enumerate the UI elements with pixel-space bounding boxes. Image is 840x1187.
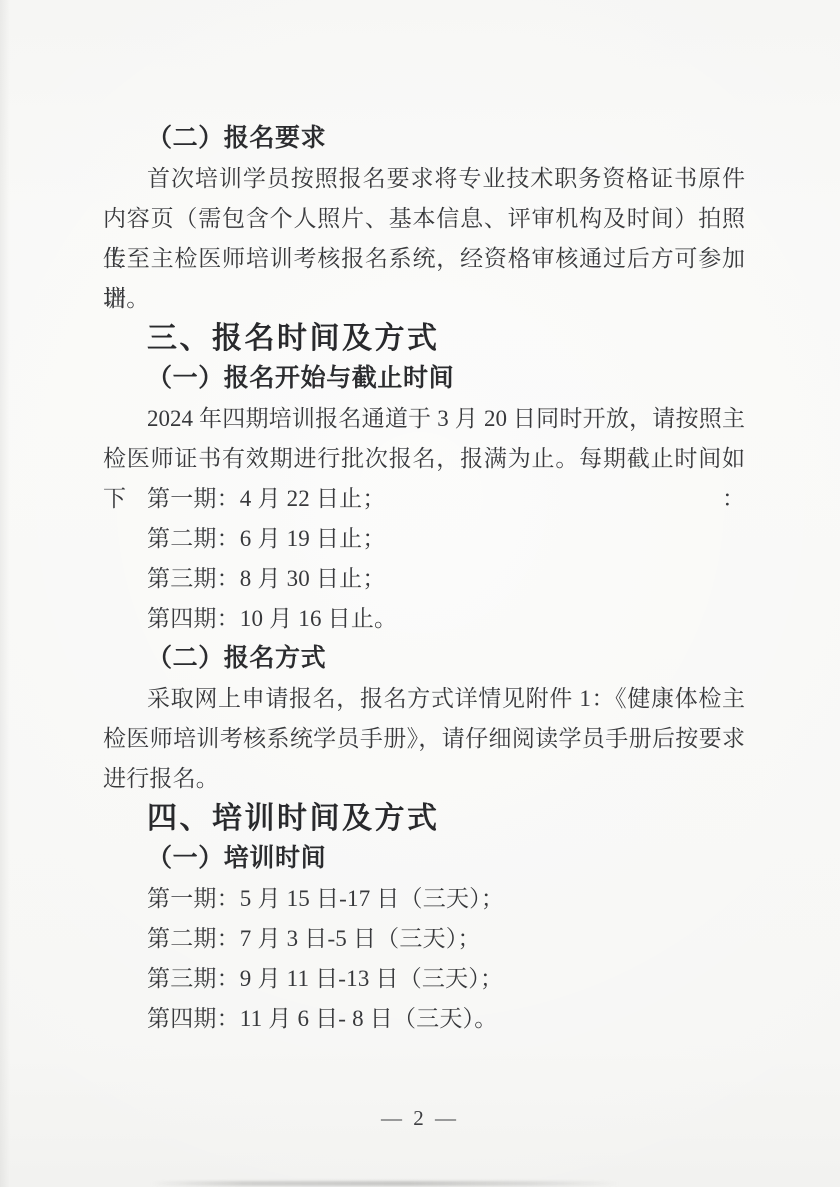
paragraph-line: 进行报名。: [103, 759, 745, 799]
schedule-item: 第四期：11 月 6 日- 8 日（三天）。: [103, 999, 745, 1039]
schedule-item: 第三期：9 月 11 日-13 日（三天）；: [103, 959, 745, 999]
paragraph-line: 传至主检医师培训考核报名系统，经资格审核通过后方可参加培: [103, 239, 745, 279]
deadline-item: 第四期：10 月 16 日止。: [103, 599, 745, 639]
scan-edge-artifact: [150, 1181, 620, 1186]
subsection-heading-registration-method: （二）报名方式: [103, 639, 745, 679]
subsection-heading-training-time: （一）培训时间: [103, 839, 745, 879]
paragraph-line: 训。: [103, 279, 745, 319]
paragraph-line: 检医师证书有效期进行批次报名，报满为止。每期截止时间如下：: [103, 439, 745, 479]
page-number: — 2 —: [0, 1106, 840, 1131]
paragraph-line: 采取网上申请报名，报名方式详情见附件 1：《健康体检主: [103, 679, 745, 719]
paragraph-line: 内容页（需包含个人照片、基本信息、评审机构及时间）拍照上: [103, 199, 745, 239]
scan-edge-shade: [0, 0, 10, 1187]
subsection-heading-start-deadline: （一）报名开始与截止时间: [103, 359, 745, 399]
paragraph-line: 首次培训学员按照报名要求将专业技术职务资格证书原件: [103, 159, 745, 199]
schedule-item: 第二期：7 月 3 日-5 日（三天）；: [103, 919, 745, 959]
deadline-item: 第三期：8 月 30 日止；: [103, 559, 745, 599]
subsection-heading-registration-requirements: （二）报名要求: [103, 119, 745, 159]
section-heading-registration: 三、报名时间及方式: [103, 319, 745, 359]
paragraph-line: 2024 年四期培训报名通道于 3 月 20 日同时开放，请按照主: [103, 399, 745, 439]
deadline-item: 第二期：6 月 19 日止；: [103, 519, 745, 559]
schedule-item: 第一期：5 月 15 日-17 日（三天）；: [103, 879, 745, 919]
document-body: （二）报名要求 首次培训学员按照报名要求将专业技术职务资格证书原件 内容页（需包…: [103, 119, 745, 1039]
section-heading-training: 四、培训时间及方式: [103, 799, 745, 839]
paragraph-line: 检医师培训考核系统学员手册》，请仔细阅读学员手册后按要求: [103, 719, 745, 759]
scanned-document-page: （二）报名要求 首次培训学员按照报名要求将专业技术职务资格证书原件 内容页（需包…: [0, 0, 840, 1187]
